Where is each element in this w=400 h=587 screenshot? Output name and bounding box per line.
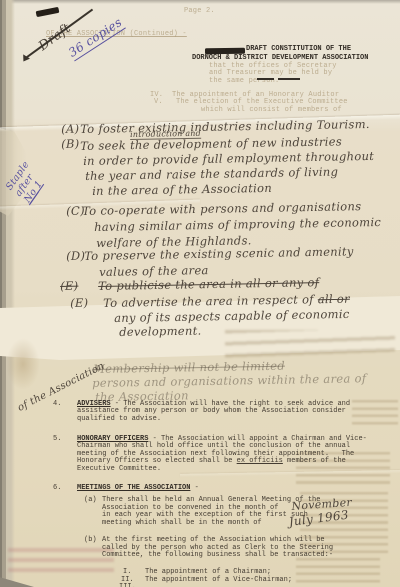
ink-underline — [278, 78, 300, 80]
bleed-through-smudge — [296, 558, 380, 584]
clause-b-label: (b) — [84, 537, 97, 545]
paper-top-edge — [0, 0, 400, 4]
objective-b-label: (B) — [61, 137, 80, 151]
section-5-line4c: members of the — [283, 457, 346, 465]
bleed-through-smudge — [225, 330, 395, 360]
objective-e-line1-struck: all or — [318, 292, 350, 307]
deleted-objective-label: (E) — [60, 279, 79, 293]
ex-officiis: ex officiis — [237, 457, 283, 465]
objective-e-label: (E) — [70, 296, 89, 310]
clause-b-line3: Committee, the following business shall … — [102, 552, 333, 560]
section-4-line3: qualified to advise. — [77, 416, 161, 424]
paper-torn-left-edge — [0, 0, 15, 587]
objective-a-label: (A) — [61, 122, 79, 136]
ink-underline — [257, 78, 274, 80]
section-5-line5: Executive Committee. — [77, 466, 161, 474]
section-6-heading: MEETINGS OF THE ASSOCIATION — [77, 484, 190, 492]
objective-d-label: (D) — [66, 249, 85, 263]
section-5-line4a: Honorary Officers so elected shall be — [77, 457, 237, 465]
section-5-number: 5. — [53, 436, 61, 444]
paper-stain — [6, 338, 40, 390]
clause-a-label: (a) — [84, 497, 97, 505]
section-4-number: 4. — [53, 401, 61, 409]
objective-e-line3: development. — [119, 324, 202, 339]
blacked-out-word — [205, 48, 245, 54]
bleed-through-smudge — [8, 548, 114, 574]
clause-a-line4: meeting which shall be in the month of — [102, 520, 262, 528]
item-ii-text: The appointment of a Vice-Chairman; — [145, 577, 292, 585]
ghost-page-number: Page 2. — [184, 8, 215, 16]
document-title-line1: DRAFT CONSTITUTION OF THE — [246, 46, 351, 54]
ghost-line: which will consist of members of — [201, 107, 342, 115]
document-title-line2: DORNOCH & DISTRICT DEVELOPMENT ASSOCIATI… — [192, 55, 368, 63]
scanned-document-page: Page 2. OF THE ASSOCIATION (Continued) -… — [0, 0, 400, 587]
section-6-heading-line: MEETINGS OF THE ASSOCIATION - — [77, 485, 199, 493]
section-6-number: 6. — [53, 485, 61, 493]
bleed-through-smudge — [352, 400, 398, 426]
section-6-dash: - — [190, 484, 198, 492]
